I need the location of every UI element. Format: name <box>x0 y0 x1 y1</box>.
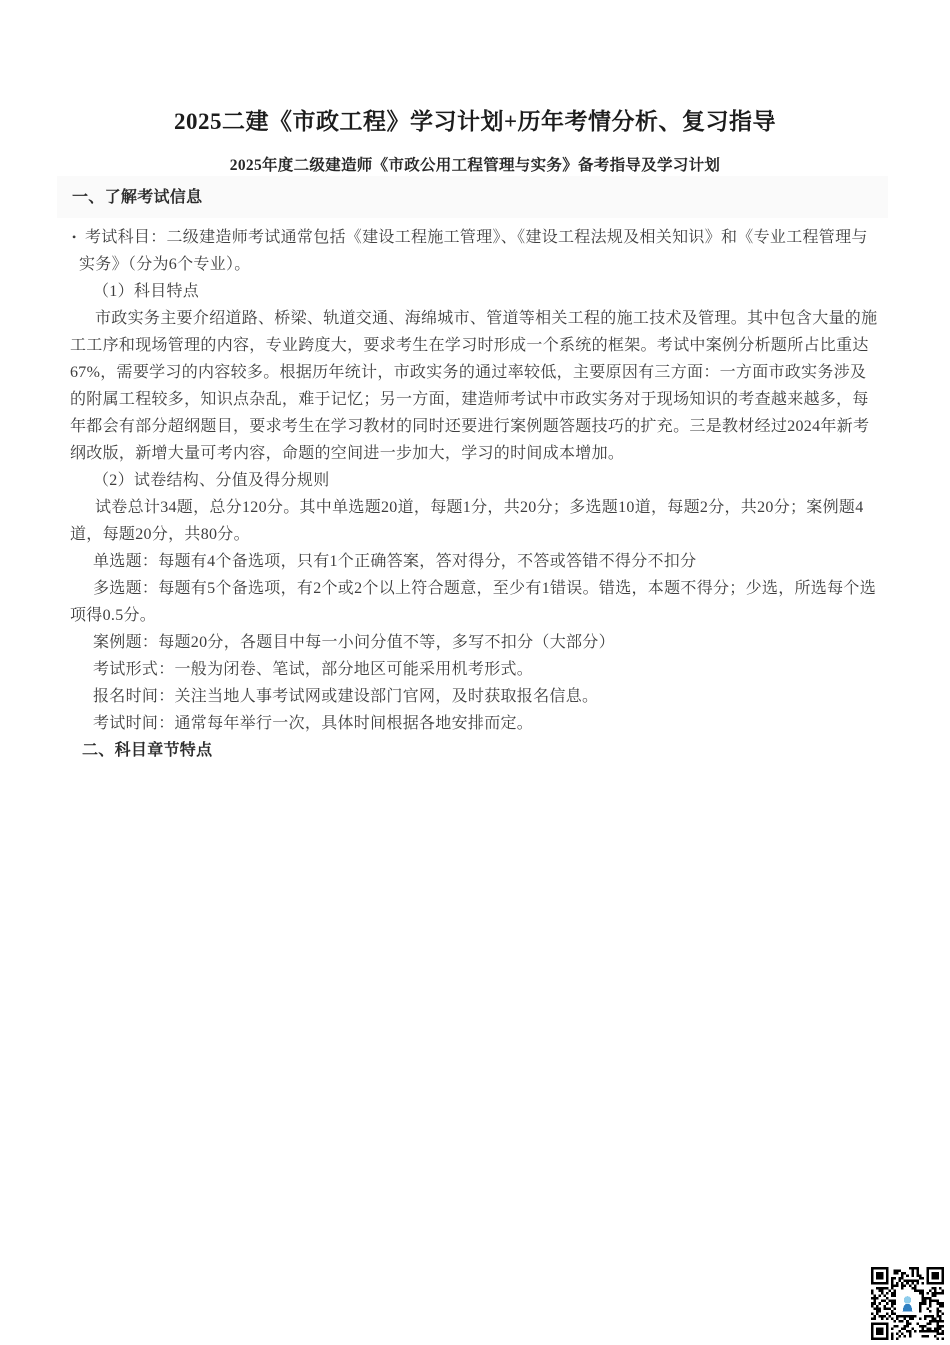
document-subtitle: 2025年度二级建造师《市政公用工程管理与实务》备考指导及学习计划 <box>0 136 950 175</box>
section-exam-info-content: • 考试科目：二级建造师考试通常包括《建设工程施工管理》、《建设工程法规及相关知… <box>70 224 880 764</box>
section-exam-info-heading: 一、了解考试信息 <box>72 189 202 206</box>
rule-registration-time: 报名时间：关注当地人事考试网或建设部门官网，及时获取报名信息。 <box>70 683 880 710</box>
rule-exam-format: 考试形式：一般为闭卷、笔试，部分地区可能采用机考形式。 <box>70 656 880 683</box>
bullet-icon: • <box>72 224 77 251</box>
exam-subjects-list-item: • 考试科目：二级建造师考试通常包括《建设工程施工管理》、《建设工程法规及相关知… <box>70 224 880 278</box>
paper-structure-paragraph: 试卷总计34题，总分120分。其中单选题20道，每题1分，共20分；多选题10道… <box>70 494 880 548</box>
qr-code <box>871 1267 944 1340</box>
rule-exam-time: 考试时间：通常每年举行一次，具体时间根据各地安排而定。 <box>70 710 880 737</box>
subject-features-subheading: （1）科目特点 <box>70 278 880 305</box>
document-body: 一、了解考试信息 • 考试科目：二级建造师考试通常包括《建设工程施工管理》、《建… <box>70 176 880 764</box>
paper-structure-subheading: （2）试卷结构、分值及得分规则 <box>70 467 880 494</box>
rule-multi-choice: 多选题：每题有5个备选项，有2个或2个以上符合题意，至少有1错误。错选，本题不得… <box>70 575 880 629</box>
section-chapters-heading: 二、科目章节特点 <box>70 737 880 764</box>
section-exam-info-heading-band: 一、了解考试信息 <box>57 176 888 218</box>
qr-code-image <box>871 1267 944 1340</box>
rule-case-question: 案例题：每题20分，各题目中每一小问分值不等，多写不扣分（大部分） <box>70 629 880 656</box>
exam-subjects-text: 考试科目：二级建造师考试通常包括《建设工程施工管理》、《建设工程法规及相关知识》… <box>79 224 880 278</box>
subject-features-paragraph: 市政实务主要介绍道路、桥梁、轨道交通、海绵城市、管道等相关工程的施工技术及管理。… <box>70 305 880 467</box>
document-page: 2025二建《市政工程》学习计划+历年考情分析、复习指导 2025年度二级建造师… <box>0 0 950 1345</box>
rule-single-choice: 单选题：每题有4个备选项，只有1个正确答案，答对得分，不答或答错不得分不扣分 <box>70 548 880 575</box>
document-title: 2025二建《市政工程》学习计划+历年考情分析、复习指导 <box>0 0 950 136</box>
